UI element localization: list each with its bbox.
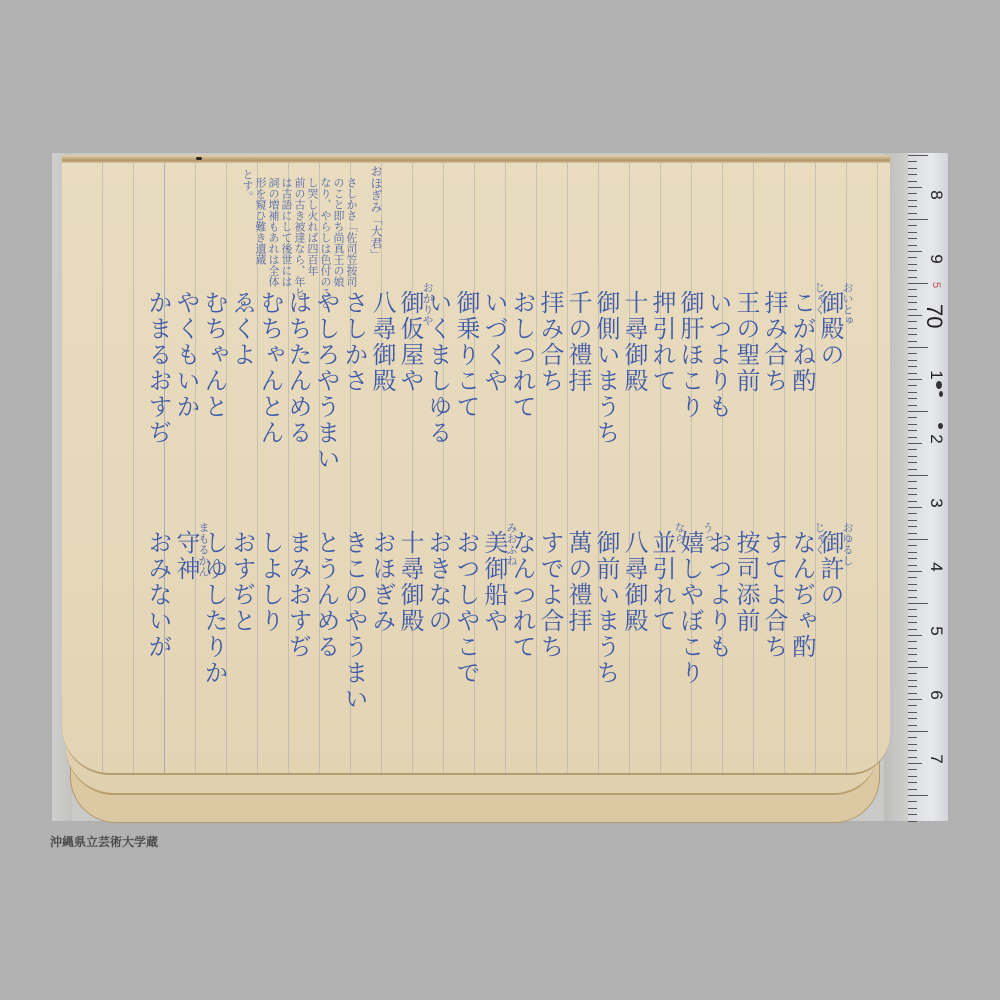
ruler-tick (908, 481, 917, 482)
ruler-tick (908, 360, 917, 361)
verse-line: かまるおすぢ (146, 290, 170, 446)
furigana-annotation: うっ (702, 522, 713, 544)
ruler-tick (908, 686, 917, 687)
ruled-line (629, 163, 630, 773)
ruler-label: 70 (921, 304, 947, 324)
ruler-tick (908, 168, 917, 169)
ruler-tick (908, 520, 917, 521)
ruler-tick (908, 289, 917, 290)
ruler-tick (908, 277, 917, 278)
ruler-tick (908, 456, 917, 457)
verse-line: 萬の禮拝 (566, 530, 590, 634)
ruler-tick (908, 795, 928, 796)
ruler-tick (908, 533, 917, 534)
ruler-tick (908, 789, 917, 790)
ruler-tick (908, 712, 917, 713)
ruler-tick (908, 584, 917, 585)
annotation-column: とす。 (242, 169, 253, 202)
verse-line: おつよりも (706, 530, 730, 660)
ruler-tick (908, 161, 917, 162)
ink-stain (938, 423, 943, 429)
ruler-tick (908, 673, 917, 674)
ruler-label: 9 (926, 249, 946, 269)
ruled-line (846, 163, 847, 773)
ruler-tick (908, 821, 917, 822)
furigana-annotation: じゃく (814, 282, 825, 315)
ruler-tick (908, 449, 917, 450)
ruler-tick (908, 245, 917, 246)
ruler-label: 6 (926, 685, 946, 705)
annotation-column: 前の古き被達なら、年ヒ (294, 177, 305, 298)
ruler-tick (908, 475, 928, 476)
ruler-tick (908, 577, 917, 578)
verse-line: むちゃんと (202, 290, 226, 420)
ruler-tick (908, 238, 917, 239)
verse-line: すでよ合ち (538, 530, 562, 660)
verse-line: いづくや (482, 290, 506, 394)
verse-line: おほぎみ (370, 530, 394, 634)
verse-line: 守神 (174, 530, 198, 582)
ruler-tick (908, 565, 917, 566)
ruler-tick (908, 526, 917, 527)
ruler-tick (908, 718, 917, 719)
ruler-label: 8 (926, 185, 946, 205)
furigana-annotation: おいとゅ (842, 282, 853, 326)
verse-line: むちゃんとん (258, 290, 282, 446)
ruler-tick (908, 462, 917, 463)
ruler-tick (908, 597, 917, 598)
ruler-tick (908, 494, 917, 495)
ruled-line (536, 163, 537, 773)
verse-line: おつしやこで (454, 530, 478, 686)
ruler-tick (908, 693, 917, 694)
ruler-tick (908, 373, 917, 374)
ruler-label: 4 (926, 557, 946, 577)
verse-line: やしろやうまい (314, 290, 338, 472)
ink-stain (936, 381, 942, 389)
ruler-tick (908, 398, 917, 399)
annotation-column: は古語にして後世には (281, 177, 292, 287)
ruler-tick (908, 731, 928, 732)
verse-line: 御側いまうち (594, 290, 618, 446)
ruler-tick (908, 321, 917, 322)
verse-line: すてよ合ち (762, 530, 786, 660)
ruler-label: 2 (926, 429, 946, 449)
ruler-tick (908, 328, 917, 329)
ruler-tick (908, 488, 917, 489)
furigana-annotation: なら (674, 522, 685, 544)
ruler-tick (908, 366, 917, 367)
ruled-line (195, 163, 196, 773)
ruler-label: 5 (930, 275, 942, 295)
ruled-line (753, 163, 754, 773)
ruler-tick (908, 347, 928, 348)
verse-line: はちたんめる (286, 290, 310, 446)
ruler-tick (908, 776, 917, 777)
ruler-tick (908, 757, 917, 758)
verse-line: こがね酌 (790, 290, 814, 394)
ruler-tick (908, 769, 917, 770)
ruler-tick (908, 641, 917, 642)
ruler-tick (908, 507, 922, 508)
ruler-tick (908, 725, 917, 726)
annotation-column: 詞の増補もあれは全体 (268, 177, 279, 287)
verse-line: やくもいか (174, 290, 198, 420)
ruled-line (412, 163, 413, 773)
verse-line: とうんめる (314, 530, 338, 660)
ruled-line (722, 163, 723, 773)
verse-line: ゑくよ (230, 290, 254, 368)
ruler-tick (908, 155, 928, 156)
ruler-label: 3 (926, 493, 946, 513)
verse-line: 八尋御殿 (622, 530, 646, 634)
ruled-line (102, 163, 103, 773)
measuring-ruler: 895701234567 (908, 153, 948, 821)
ruler-tick (908, 206, 917, 207)
ruler-tick (908, 680, 917, 681)
verse-line: 美御船や (482, 530, 506, 634)
page-binding-edge (62, 155, 890, 163)
ruler-tick (908, 417, 917, 418)
binding-staple (196, 157, 202, 160)
ruler-tick (908, 571, 922, 572)
ruler-tick (908, 661, 917, 662)
annotation-column: のこと即ち尚真王の娘 (333, 177, 344, 287)
ruler-tick (908, 334, 917, 335)
ruler-tick (908, 219, 928, 220)
verse-line: おしつれて (510, 290, 534, 420)
ruler-tick (908, 264, 917, 265)
ruler-tick (908, 469, 917, 470)
ruled-line (815, 163, 816, 773)
ruler-tick (908, 392, 917, 393)
verse-line: 御乗りこて (454, 290, 478, 420)
ruler-tick (908, 225, 917, 226)
ruler-tick (908, 635, 922, 636)
ruler-tick (908, 283, 928, 284)
verse-line: 八尋御殿 (370, 290, 394, 394)
verse-line: 並引れて (650, 530, 674, 634)
ruler-tick (908, 257, 917, 258)
ruler-tick (908, 648, 917, 649)
ruler-tick (908, 193, 917, 194)
verse-line: 按司添前 (734, 530, 758, 634)
ruler-label: 5 (926, 621, 946, 641)
verse-line: 十尋御殿 (622, 290, 646, 394)
verse-line: 押引れて (650, 290, 674, 394)
ruled-line (567, 163, 568, 773)
ruler-tick (908, 424, 917, 425)
ruler-tick (908, 270, 917, 271)
ruler-tick (908, 315, 922, 316)
ruler-tick (908, 200, 917, 201)
ruler-tick (908, 622, 917, 623)
ruler-tick (908, 609, 917, 610)
ruler-tick (908, 737, 917, 738)
ruler-tick (908, 213, 917, 214)
ruler-tick (908, 232, 917, 233)
verse-line: 拝み合ち (538, 290, 562, 394)
ruler-tick (908, 705, 917, 706)
ruler-tick (908, 309, 917, 310)
ruler-tick (908, 552, 917, 553)
ruler-tick (908, 341, 917, 342)
verse-line: いつよりも (706, 290, 730, 420)
ruler-tick (908, 590, 917, 591)
verse-line: さしかさ (342, 290, 366, 394)
ruler-tick (908, 251, 922, 252)
verse-line: 千の禮拝 (566, 290, 590, 394)
ruler-tick (908, 558, 917, 559)
ruler-tick (908, 379, 922, 380)
verse-line: おきなの (426, 530, 450, 634)
ruled-line (505, 163, 506, 773)
ruler-tick (908, 629, 917, 630)
verse-line: 嬉しやぼこり (678, 530, 702, 686)
ruler-tick (908, 302, 917, 303)
annotation-column: 形を窺ひ難き遺蔵 (255, 177, 266, 265)
annotation-column: し哭し火れば四百年 (307, 177, 318, 276)
verse-line: おみないが (146, 530, 170, 660)
ruled-line (660, 163, 661, 773)
ruler-tick (908, 744, 917, 745)
notebook-page: おほぎみ「大君」 さしかさ「佐司笠按司のこと即ち尚真王の娘なり、やらしは色付のこ… (62, 155, 890, 775)
furigana-annotation: みおふね (506, 522, 517, 566)
ruler-tick (908, 808, 917, 809)
furigana-annotation: まもるかん (198, 522, 209, 577)
ruler-tick (908, 181, 917, 182)
verse-line: 御前いまうち (594, 530, 618, 686)
ruler-tick (908, 782, 917, 783)
ruler-tick (908, 545, 917, 546)
verse-line: 王の聖前 (734, 290, 758, 394)
ruled-line (877, 163, 878, 773)
ruler-tick (908, 616, 917, 617)
ruler-tick (908, 411, 928, 412)
ruler-tick (908, 296, 917, 297)
ruler-tick (908, 763, 922, 764)
verse-line: 御肝ほこり (678, 290, 702, 420)
ruler-tick (908, 443, 922, 444)
ruler-tick (908, 603, 928, 604)
ruler-tick (908, 801, 917, 802)
verse-line: 拝み合ち (762, 290, 786, 394)
ruled-line (133, 163, 134, 773)
ruler-tick (908, 699, 922, 700)
ruler-tick (908, 405, 917, 406)
ruler-tick (908, 501, 917, 502)
ruler-label: 7 (926, 749, 946, 769)
ruled-line (443, 163, 444, 773)
verse-line: なんぢゃ酌 (790, 530, 814, 660)
ruler-tick (908, 187, 922, 188)
verse-line: きこのやうまい (342, 530, 366, 712)
ruler-tick (908, 814, 917, 815)
note-header: おほぎみ「大君」 (370, 165, 382, 261)
ruler-tick (908, 667, 928, 668)
ruler-tick (908, 513, 917, 514)
ruler-tick (908, 437, 917, 438)
verse-line: 御仮屋や (398, 290, 422, 394)
ruled-line (784, 163, 785, 773)
ruler-tick (908, 750, 917, 751)
ruler-tick (908, 654, 917, 655)
verse-line: 十尋御殿 (398, 530, 422, 634)
archival-photograph: おほぎみ「大君」 さしかさ「佐司笠按司のこと即ち尚真王の娘なり、やらしは色付のこ… (52, 153, 948, 821)
ruler-tick (908, 430, 917, 431)
ruler-tick (908, 174, 917, 175)
verse-line: まみおすぢ (286, 530, 310, 660)
furigana-annotation: おかりや (422, 282, 433, 326)
ruler-tick (908, 353, 917, 354)
annotation-column: さしかさ「佐司笠按司 (346, 177, 357, 287)
ruler-tick (908, 539, 928, 540)
ruler-tick (908, 385, 917, 386)
ruled-line (164, 163, 165, 773)
collection-credit: 沖縄県立芸術大学蔵 (50, 833, 158, 850)
furigana-annotation: じゃく (814, 522, 825, 555)
furigana-annotation: おゆるし (842, 522, 853, 566)
ink-stain (939, 391, 943, 397)
verse-line: おすぢと (230, 530, 254, 634)
verse-line: しよしり (258, 530, 282, 634)
